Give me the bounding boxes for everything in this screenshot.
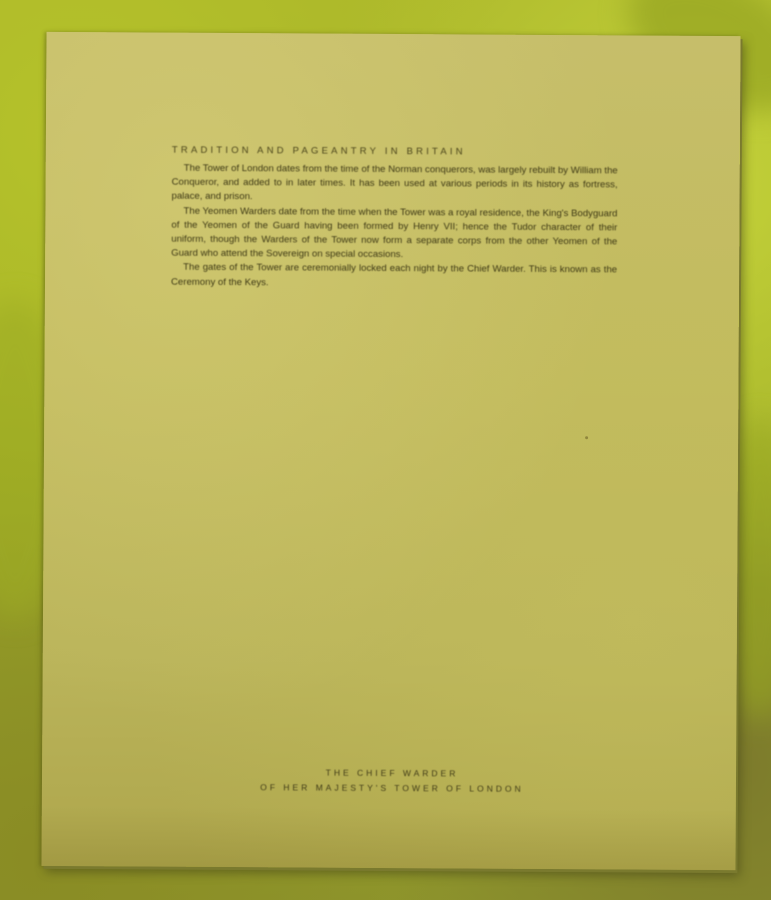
printed-card: TRADITION AND PAGEANTRY in BRITAIN The T… bbox=[41, 32, 740, 870]
paragraph-tower-history: The Tower of London dates from the time … bbox=[172, 162, 618, 207]
paragraph-ceremony-of-keys: The gates of the Tower are ceremonially … bbox=[171, 261, 617, 292]
paragraph-yeomen-warders: The Yeomen Warders date from the time wh… bbox=[171, 204, 617, 264]
paper-speck bbox=[585, 436, 588, 439]
card-text-block: TRADITION AND PAGEANTRY in BRITAIN The T… bbox=[171, 145, 618, 293]
card-title: TRADITION AND PAGEANTRY in BRITAIN bbox=[172, 145, 618, 159]
card-signature: THE CHIEF WARDER OF HER MAJESTY'S TOWER … bbox=[142, 764, 642, 797]
signature-line-2: OF HER MAJESTY'S TOWER OF LONDON bbox=[142, 779, 642, 797]
